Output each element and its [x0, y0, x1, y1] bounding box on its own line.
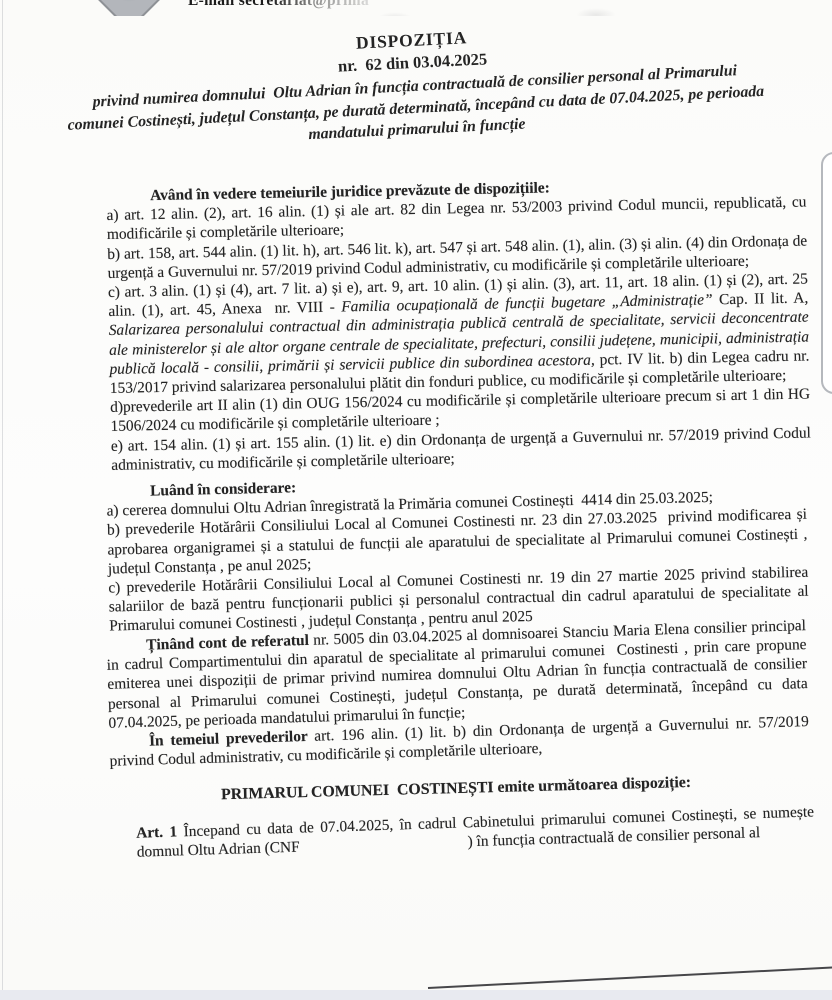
letterhead-email: E-mail secretariat@prima [188, 0, 369, 10]
text-run: PRIMARUL COMUNEI COSTINEȘTI emite următo… [221, 774, 691, 803]
scan-smudge [576, 8, 616, 16]
redacted-gap [299, 832, 468, 856]
section-tinand-cont: Ținând cont de referatul nr. 5005 din 03… [0, 615, 832, 774]
text-run: Luând în considerare: [150, 479, 296, 499]
section-luand-in-considerare: Luând în considerare:a) cererea domnului… [0, 466, 832, 638]
articolul-1: Art. 1 Începand cu data de 07.04.2025, î… [136, 802, 815, 862]
viewer-bottom-strip [0, 990, 832, 1000]
coat-of-arms-center [112, 0, 146, 3]
formula-emitere: PRIMARUL COMUNEI COSTINEȘTI emite următo… [106, 769, 806, 807]
paper-bottom-edge [428, 966, 832, 989]
text-run: Art. 1 [136, 823, 184, 841]
scrollbar-pill[interactable] [821, 152, 832, 394]
section-articolul-1: Art. 1 Începand cu data de 07.04.2025, î… [0, 802, 832, 867]
litera-c-legea-153-2017: c) art. 3 alin. (1) și (4), art. 7 lit. … [108, 269, 810, 398]
section-formula-emitere: PRIMARUL COMUNEI COSTINEȘTI emite următo… [0, 769, 832, 810]
text-run: Cap. II lit. A, [719, 289, 808, 308]
document-page: E-mail secretariat@prima DISPOZIȚIA nr. … [0, 0, 832, 1000]
coat-of-arms-icon [85, 0, 173, 16]
letterhead-clipped: E-mail secretariat@prima [0, 0, 832, 16]
document-body: Având în vedere temeiurile juridice prev… [0, 189, 832, 867]
text-run: Salarizarea personalului contractual din… [109, 308, 810, 377]
title-block: DISPOZIȚIA nr. 62 din 03.04.2025 privind… [60, 13, 767, 158]
scan-smudge [378, 12, 412, 16]
section-temeiuri-juridice: Având în vedere temeiurile juridice prev… [0, 173, 832, 477]
